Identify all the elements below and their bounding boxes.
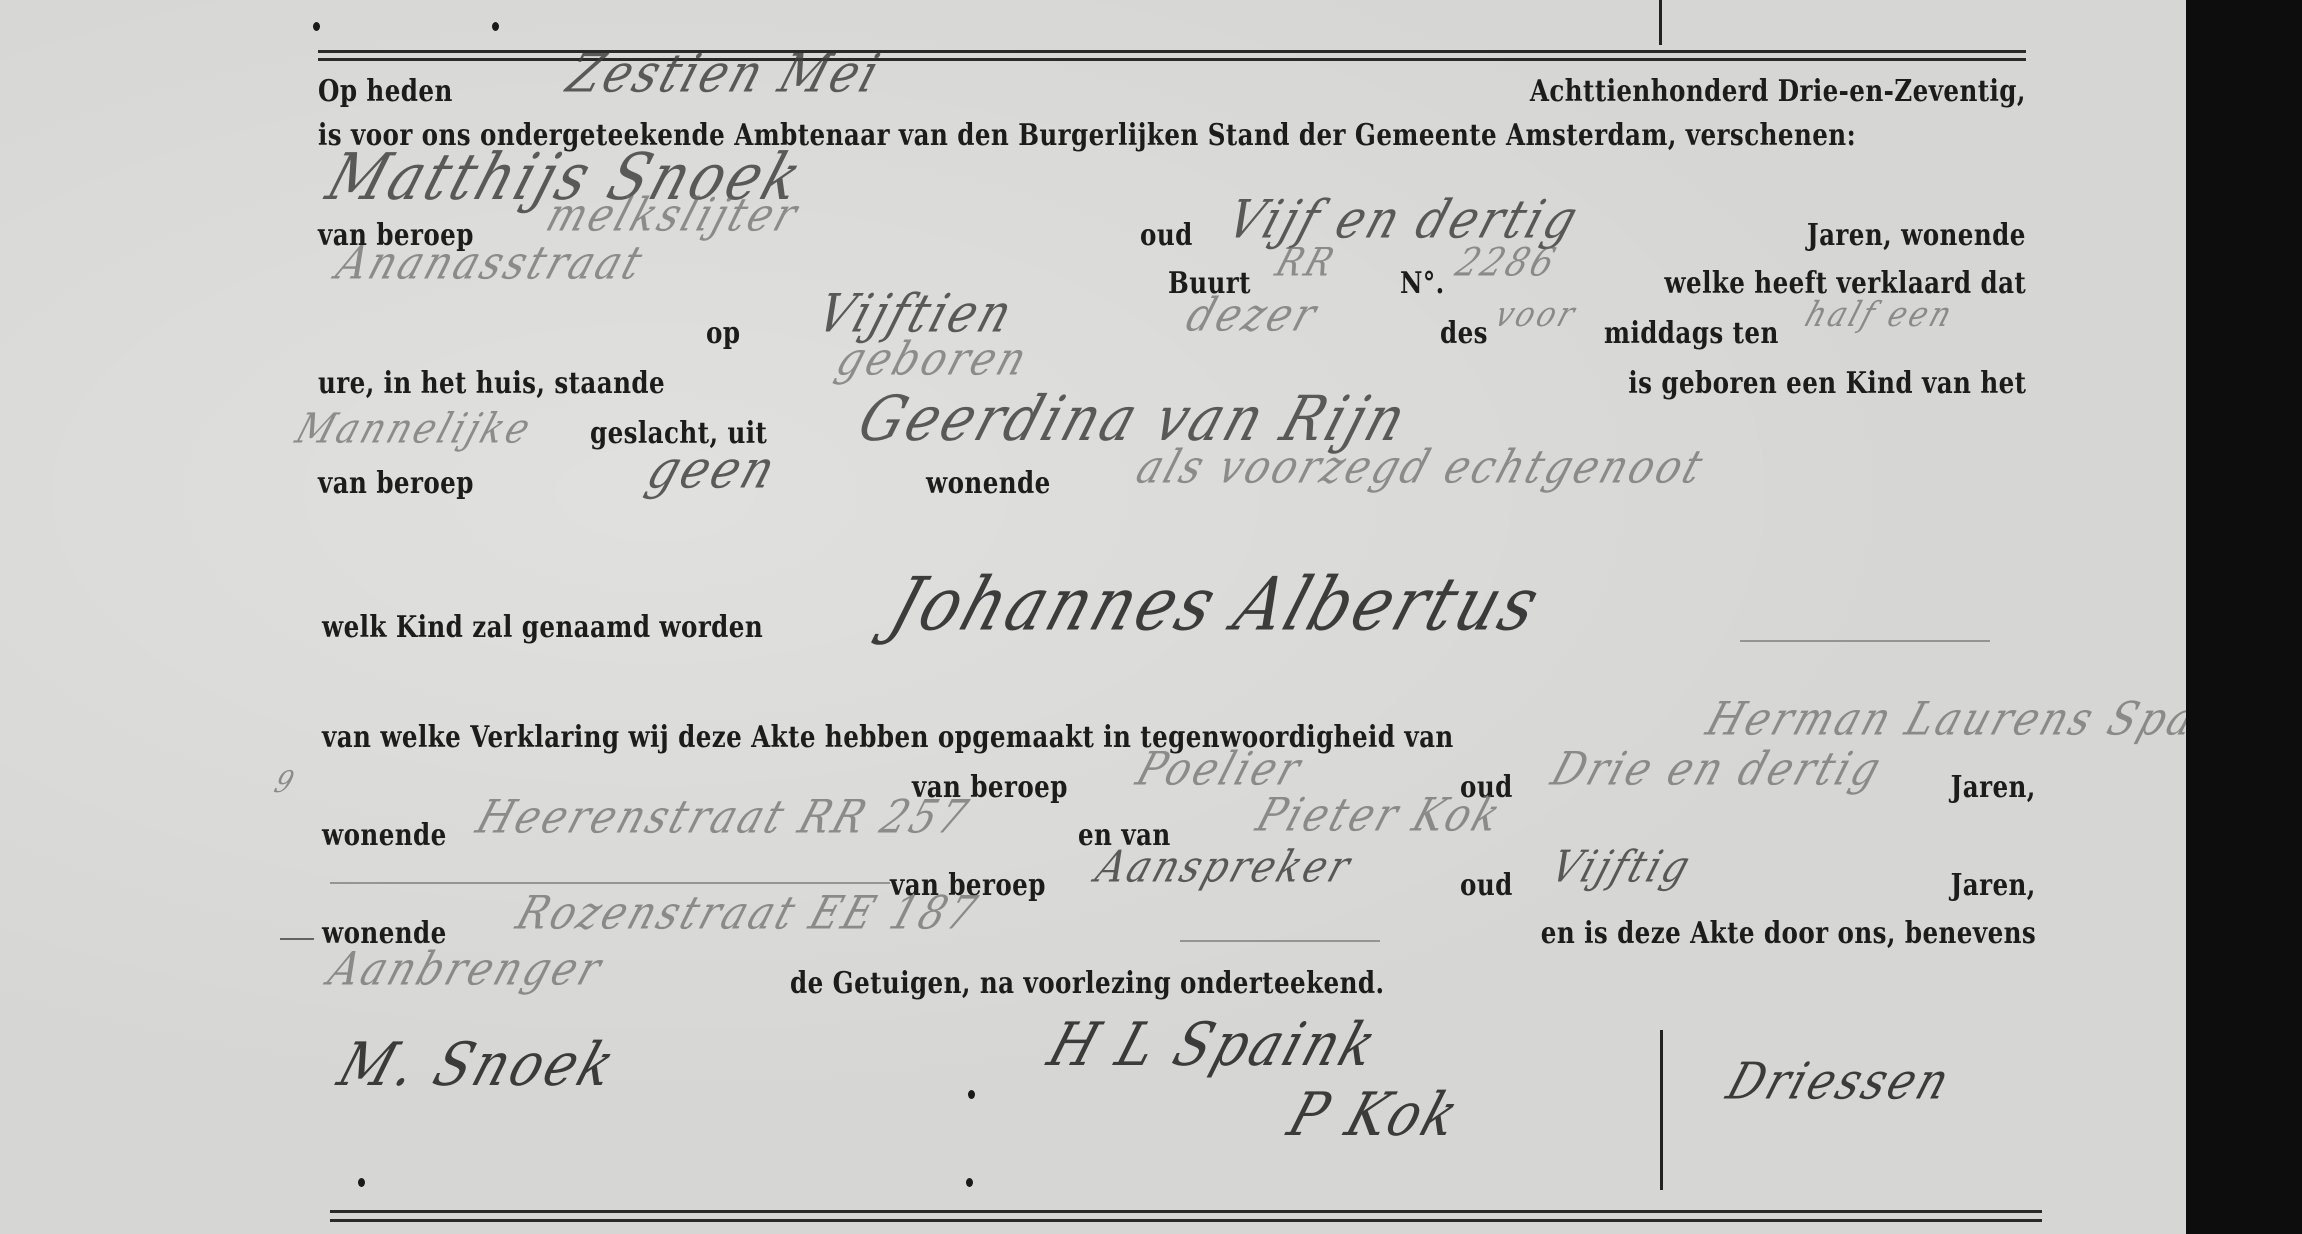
handwritten-witness2-occupation: Aanspreker: [1090, 841, 1359, 892]
dash-mark: [280, 938, 314, 940]
dot-marker: [358, 1178, 365, 1187]
printed-welk-kind: welk Kind zal genaamd worden: [322, 610, 763, 645]
printed-nummer: N°.: [1400, 266, 1445, 301]
signature-witness2: P Kok: [1280, 1081, 1469, 1150]
fill-line: [330, 882, 890, 884]
printed-en-is-deze: en is deze Akte door ons, benevens: [1541, 916, 2036, 951]
signature-witness1: H L Spaink: [1040, 1011, 1387, 1080]
handwritten-birth-month: dezer: [1180, 289, 1325, 342]
handwritten-mother-residence: als voorzegd echtgenoot: [1130, 441, 1712, 494]
handwritten-witness2-age: Vijftig: [1545, 841, 1699, 892]
handwritten-witness1-residence: Heerenstraat RR 257: [470, 791, 976, 844]
printed-wonende-2: wonende: [926, 466, 1051, 501]
handwritten-mother-occupation: geen: [640, 438, 786, 500]
bottom-rule: [330, 1210, 2042, 1213]
fill-line: [1180, 940, 1380, 942]
handwritten-child-name: Johannes Albertus: [880, 563, 1552, 648]
handwritten-witness2-residence: Rozenstraat EE 187: [510, 887, 986, 940]
top-rule: [318, 50, 2026, 53]
printed-op-heden: Op heden: [318, 74, 453, 109]
handwritten-witness1-occupation: Poelier: [1130, 743, 1310, 796]
handwritten-time-of-day: voor: [1490, 295, 1582, 335]
handwritten-sex: Mannelijke: [290, 406, 539, 453]
handwritten-house-number: 2286: [1450, 240, 1563, 286]
signature-declarant: M. Snoek: [330, 1031, 625, 1100]
margin-mark: 9: [270, 766, 301, 801]
handwritten-declarant-occupation: melkslijter: [540, 189, 806, 242]
dot-marker: [968, 1090, 975, 1099]
printed-van-beroep-2: van beroep: [318, 466, 474, 501]
previous-entry-handwriting: ​: [420, 0, 440, 24]
dot-marker: [313, 22, 320, 31]
printed-jaren-wonende: Jaren, wonende: [1807, 218, 2026, 253]
printed-oud-4: oud: [1460, 868, 1513, 903]
handwritten-witness2-name: Pieter Kok: [1250, 789, 1509, 842]
previous-brace: [1659, 0, 1662, 45]
handwritten-declarant-street: Ananasstraat: [330, 237, 651, 290]
signature-official: Driessen: [1720, 1052, 1959, 1111]
printed-geboren: is geboren een Kind van het: [1628, 366, 2026, 401]
printed-des: des: [1440, 316, 1488, 351]
fill-line: [1740, 640, 1990, 642]
printed-wonende-3: wonende: [322, 818, 447, 853]
dot-marker: [492, 22, 499, 31]
printed-de-getuigen: de Getuigen, na voorlezing onderteekend.: [790, 966, 1384, 1001]
bottom-rule: [330, 1219, 2042, 1222]
handwritten-witness1-age: Drie en dertig: [1545, 743, 1890, 796]
printed-ure-huis: ure, in het huis, staande: [318, 366, 665, 401]
printed-op: op: [706, 316, 740, 351]
signature-brace: [1660, 1030, 1663, 1190]
printed-year: Achttienhonderd Drie-en-Zeventig,: [1530, 74, 2026, 109]
printed-oud: oud: [1140, 218, 1193, 253]
printed-jaren-3: Jaren,: [1951, 770, 2036, 805]
handwritten-extra: Aanbrenger: [322, 943, 610, 996]
printed-middags-ten: middags ten: [1604, 316, 1779, 351]
printed-jaren-4: Jaren,: [1951, 868, 2036, 903]
handwritten-house: geboren: [830, 333, 1036, 386]
handwritten-hour: half een: [1800, 295, 1959, 335]
dot-marker: [966, 1178, 973, 1187]
document-page: ​ Op heden Zestien Mei Achttienhonderd D…: [0, 0, 2186, 1234]
scan-border: [2186, 0, 2302, 1234]
handwritten-date: Zestien Mei: [560, 42, 890, 104]
